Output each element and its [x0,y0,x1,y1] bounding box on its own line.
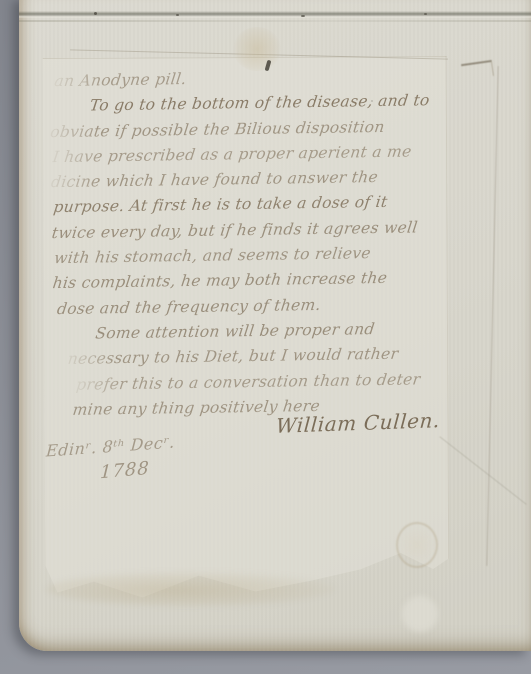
ink-speck [301,15,305,17]
letter-body: an Anodyne pill. To go to the bottom of … [49,63,455,423]
faint-stain [402,596,438,632]
torn-edge-discoloration [46,572,336,606]
ink-speck [424,13,427,15]
ring-stain [396,522,438,568]
dateline-year: 1788 [100,458,151,484]
round-stain [233,27,281,71]
ink-speck [94,12,97,15]
ink-speck [176,14,179,16]
photograph-of-letter: an Anodyne pill. To go to the bottom of … [0,0,531,674]
top-fold-crease-secondary [19,20,531,22]
